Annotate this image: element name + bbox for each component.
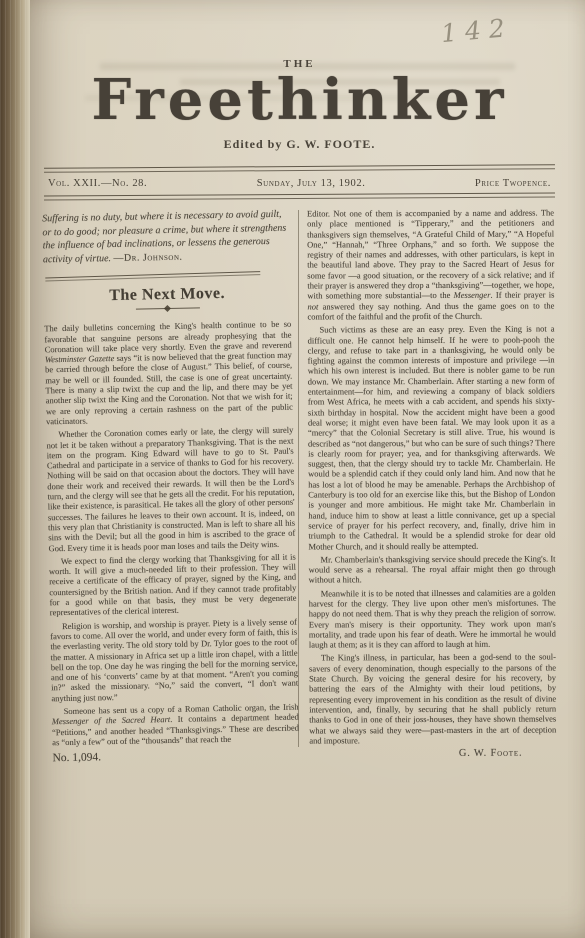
paragraph: The King's illness, in particular, has b… (309, 652, 556, 746)
column-divider-rule (298, 210, 299, 747)
page-paper: 142 THE Freethinker Edited by G. W. FOOT… (30, 0, 585, 938)
paragraph: Mr. Chamberlain's thanksgiving service s… (309, 553, 556, 585)
epigraph-attribution: —Dr. Johnson. (113, 251, 182, 263)
epigraph-rule (45, 271, 260, 281)
book-binding-edge (0, 0, 30, 938)
paragraph: Editor. Not one of them is accompanied b… (307, 207, 554, 321)
paragraph: The daily bulletins concerning the King'… (44, 319, 293, 427)
article-title: The Next Move. (44, 288, 291, 303)
headline-divider (135, 304, 199, 314)
scanned-newspaper-page: 142 THE Freethinker Edited by G. W. FOOT… (0, 0, 585, 938)
paragraph: Such victims as these are an easy prey. … (308, 324, 556, 552)
double-rule-top (44, 164, 555, 173)
issue-date: Sunday, July 13, 1902. (257, 178, 366, 189)
right-column: Editor. Not one of them is accompanied b… (307, 207, 556, 762)
paragraph: Someone has sent us a copy of a Roman Ca… (52, 702, 300, 748)
diamond-ornament (163, 305, 170, 312)
paragraph: We expect to find the clergy working tha… (49, 551, 297, 618)
left-column: Suffering is no duty, but where it is ne… (42, 206, 300, 764)
issue-footline: No. 1,094. (52, 749, 299, 764)
paragraph: Religion is worship, and worship is pray… (50, 616, 299, 703)
issue-price: Price Twopence. (475, 178, 551, 189)
article-left-text: The daily bulletins concerning the King'… (44, 319, 299, 748)
author-signature: G. W. Foote. (309, 749, 556, 760)
paragraph: Meanwhile it is to be noted that illness… (309, 587, 556, 650)
issue-info-line: Vol. XXII.—No. 28. Sunday, July 13, 1902… (48, 178, 551, 189)
paragraph: Whether the Coronation comes early or la… (46, 425, 295, 553)
publication-title: Freethinker (42, 72, 557, 128)
two-column-body: Suffering is no duty, but where it is ne… (42, 208, 557, 761)
double-rule-bottom (44, 192, 555, 200)
epigraph-quote: Suffering is no duty, but where it is ne… (42, 208, 288, 267)
volume-number: Vol. XXII.—No. 28. (48, 178, 147, 189)
editor-line: Edited by G. W. FOOTE. (42, 137, 557, 152)
article-right-text: Editor. Not one of them is accompanied b… (307, 207, 556, 745)
